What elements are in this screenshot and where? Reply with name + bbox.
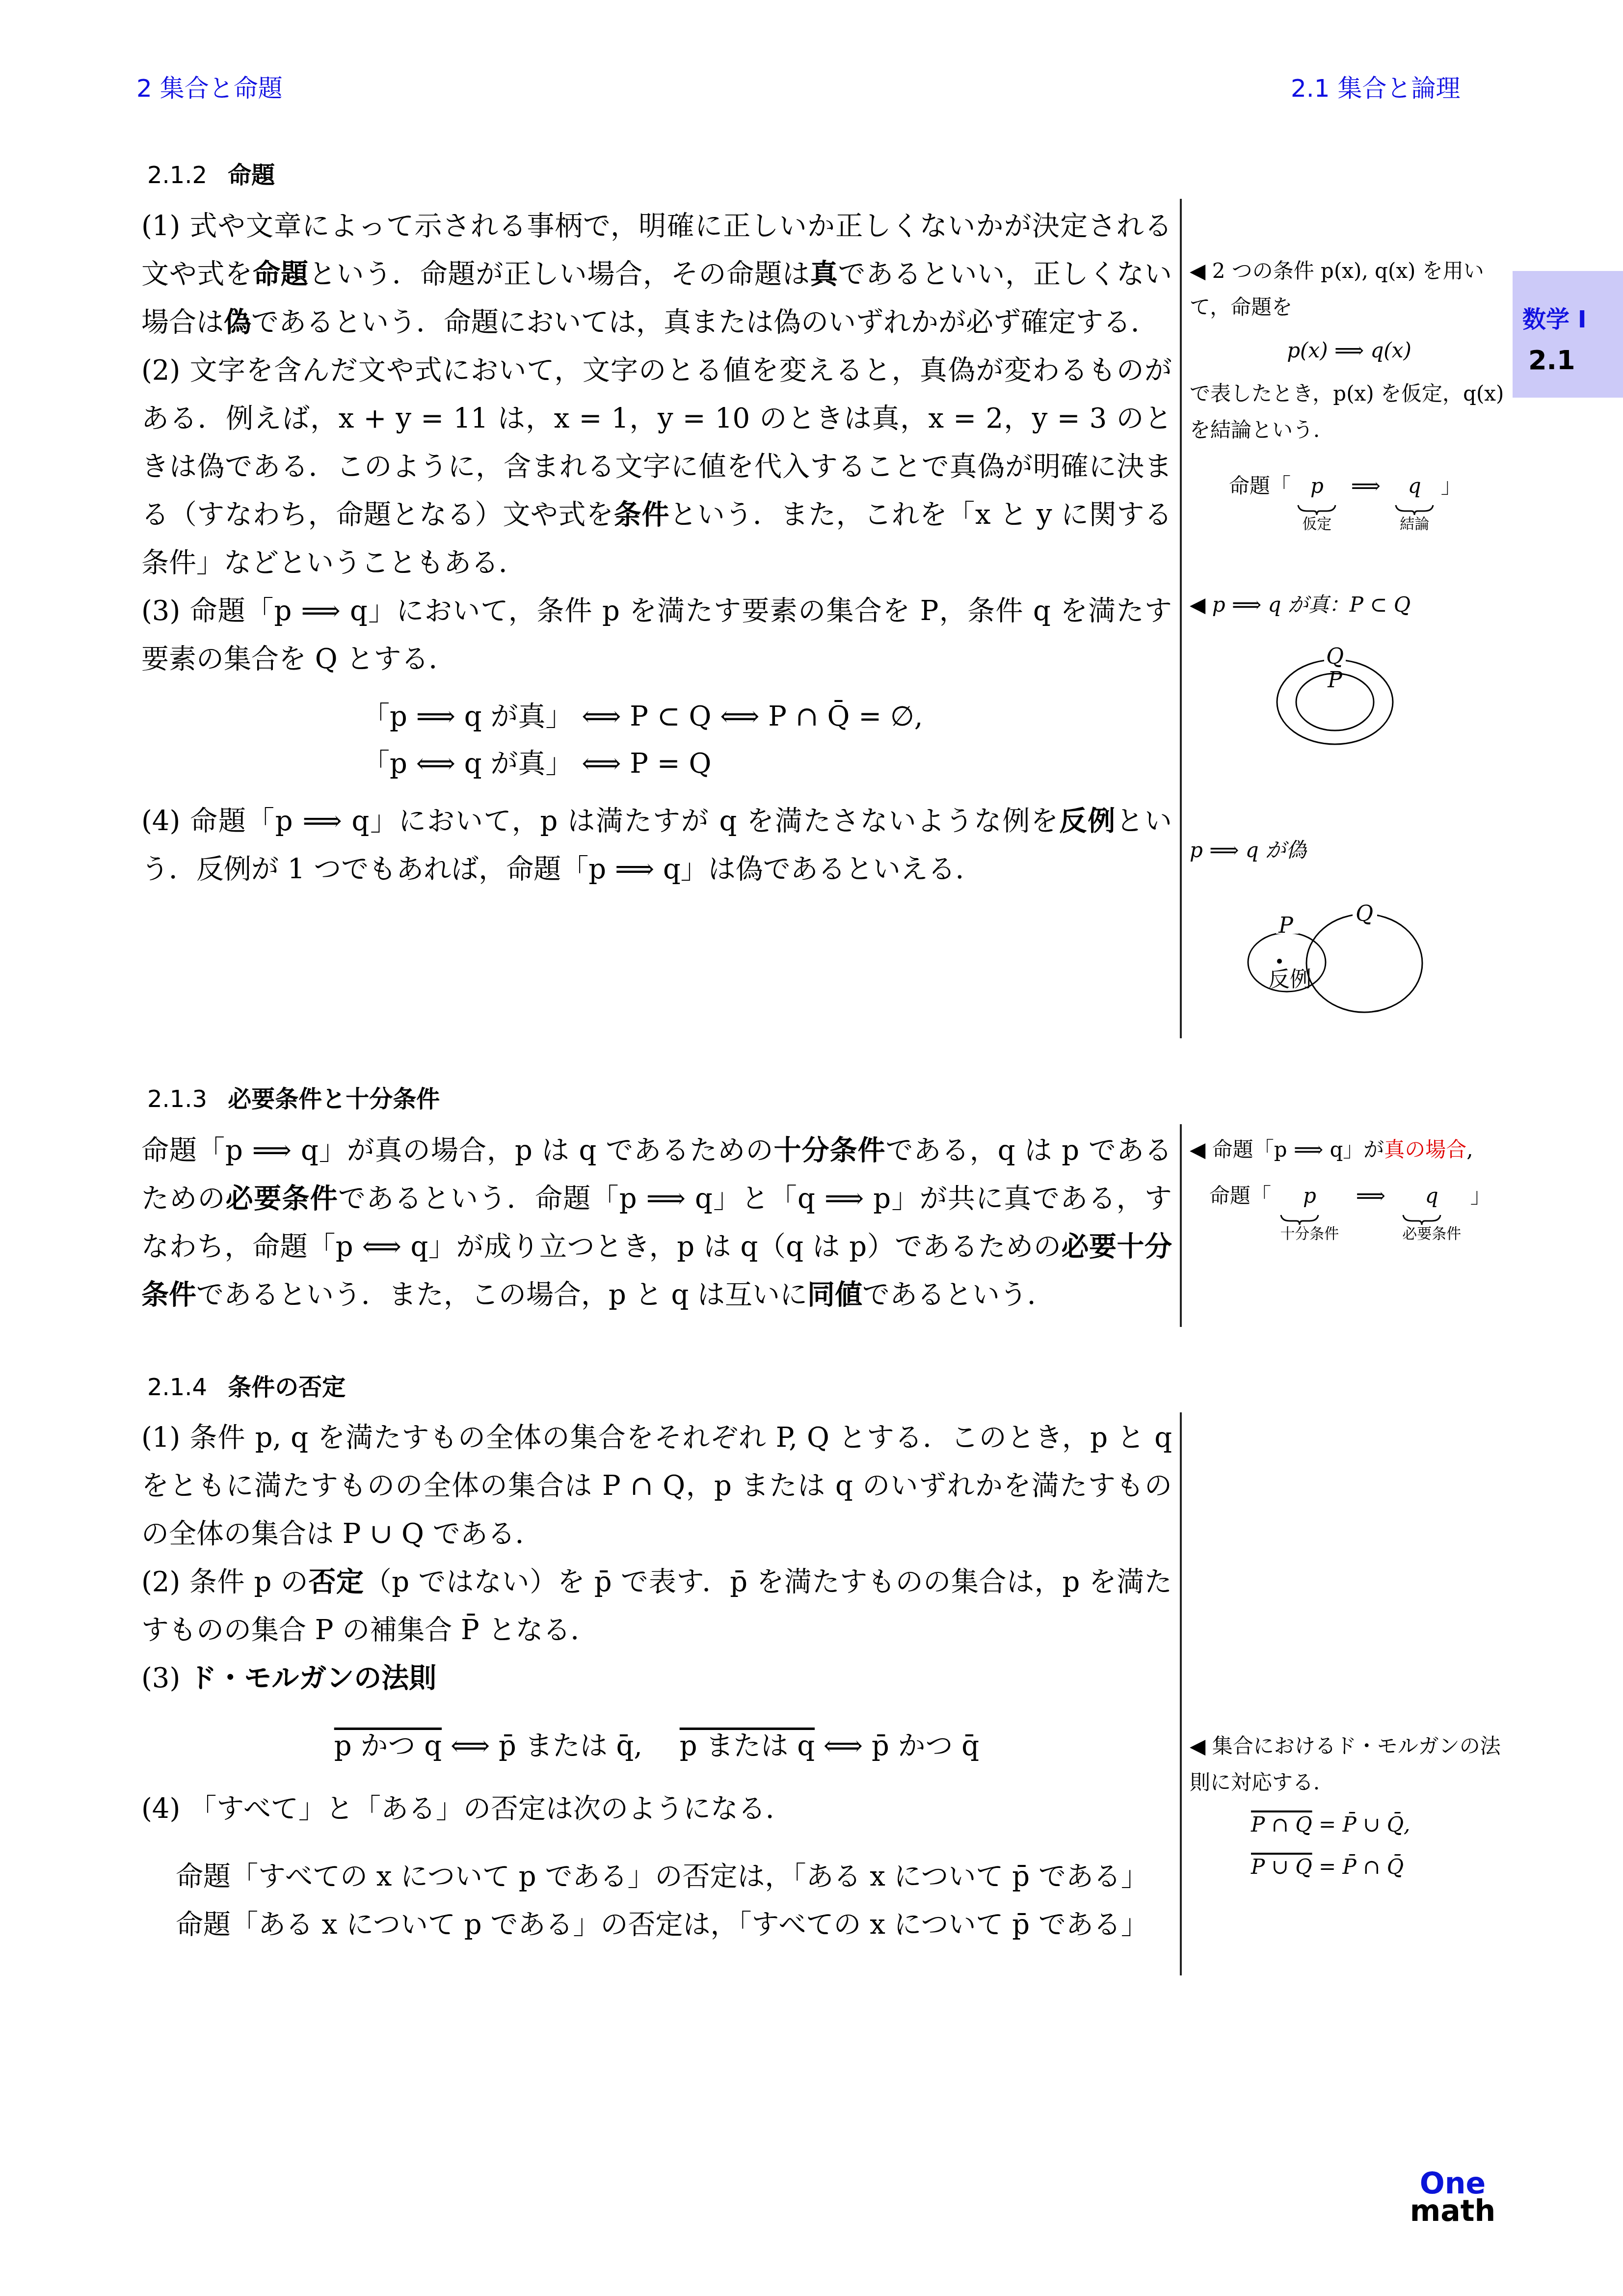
negation-exists: 命題「ある x について p である」の否定は，「すべての x について p̄ … bbox=[176, 1901, 1172, 1949]
margin-note-false: p ⟹ q が偽 bbox=[1190, 832, 1509, 868]
venn-diagram-counterexample: P Q 反例 bbox=[1227, 884, 1453, 1031]
venn-diagram-subset: Q P bbox=[1266, 638, 1404, 776]
set-demorgan-eq2: P ∪ Q = P̄ ∩ Q̄ bbox=[1251, 1846, 1509, 1888]
svg-text:P: P bbox=[1278, 913, 1294, 938]
onemath-logo: One math bbox=[1409, 2170, 1497, 2225]
side-chapter-tab: 数学 I 2.1 bbox=[1513, 271, 1623, 398]
margin-note-true-subset: ◀ p ⟹ q が真：P ⊂ Q bbox=[1190, 587, 1509, 623]
paragraph-negation: (2) 条件 p の否定（p ではない）を p̄ で表す．p̄ を満たすものの集… bbox=[141, 1558, 1172, 1654]
paragraph-necessary-sufficient: 命題「p ⟹ q」が真の場合，p は q であるための十分条件である，q は p… bbox=[141, 1127, 1172, 1319]
paragraph-3: (3) 命題「p ⟹ q」において，条件 p を満たす要素の集合を P，条件 q… bbox=[141, 587, 1172, 683]
equation-demorgan-logic: p かつ q ⟺ p̄ または q̄, p または q ⟺ p̄ かつ q̄ bbox=[141, 1722, 1172, 1770]
set-demorgan-eq1: P ∩ Q = P̄ ∪ Q̄, bbox=[1251, 1804, 1509, 1846]
margin-note-sufficient-necessary: ◀ 命題「p ⟹ q」が真の場合, 命題「 p十分条件 ⟹ q必要条件 」 bbox=[1190, 1132, 1523, 1243]
running-header-section: 2.1 集合と論理 bbox=[1291, 69, 1460, 104]
venn-label-P: P bbox=[1327, 668, 1343, 693]
sufficient-necessary-diagram: 命題「 p十分条件 ⟹ q必要条件 」 bbox=[1190, 1178, 1523, 1243]
section-2-1-2-body: (1) 式や文章によって示される事柄で，明確に正しいか正しくないかが決定される文… bbox=[141, 202, 1172, 893]
logo-one: One bbox=[1409, 2170, 1497, 2197]
highlight-true-case: 真の場合 bbox=[1384, 1137, 1466, 1162]
section-heading-2-1-3: 2.1.3必要条件と十分条件 bbox=[147, 1080, 440, 1114]
negation-forall: 命題「すべての x について p である」の否定は，「ある x について p̄ … bbox=[176, 1853, 1172, 1901]
paragraph-quantifier-negation: (4) 「すべて」と「ある」の否定は次のようになる． bbox=[141, 1785, 1172, 1833]
margin-divider bbox=[1180, 199, 1182, 1038]
margin-note-set-demorgan: ◀ 集合におけるド・モルガンの法則に対応する． P ∩ Q = P̄ ∪ Q̄,… bbox=[1190, 1728, 1509, 1888]
paragraph-4: (4) 命題「p ⟹ q」において，p は満たすが q を満たさないような例を反… bbox=[141, 797, 1172, 893]
svg-text:反例: 反例 bbox=[1268, 967, 1311, 992]
section-2-1-3-body: 命題「p ⟹ q」が真の場合，p は q であるための十分条件である，q は p… bbox=[141, 1127, 1172, 1319]
running-header-chapter: 2 集合と命題 bbox=[136, 69, 283, 104]
margin-divider bbox=[1180, 1412, 1182, 1975]
margin-divider bbox=[1180, 1124, 1182, 1327]
paragraph-1: (1) 式や文章によって示される事柄で，明確に正しいか正しくないかが決定される文… bbox=[141, 202, 1172, 347]
equation-implication-subset: 「p ⟹ q が真」 ⟺ P ⊂ Q ⟺ P ∩ Q̄ = ∅, bbox=[362, 693, 1172, 740]
section-heading-2-1-4: 2.1.4条件の否定 bbox=[147, 1368, 346, 1402]
paragraph-2: (2) 文字を含んだ文や式において，文字のとる値を変えると，真偽が変わるものがあ… bbox=[141, 347, 1172, 587]
side-tab-subject: 数学 I bbox=[1522, 300, 1587, 334]
hypothesis-conclusion-diagram: 命題「 p仮定 ⟹ q結論 」 bbox=[1190, 468, 1509, 533]
side-tab-section: 2.1 bbox=[1528, 345, 1575, 376]
svg-text:Q: Q bbox=[1356, 901, 1373, 926]
paragraph-sets: (1) 条件 p, q を満たすもの全体の集合をそれぞれ P, Q とする．この… bbox=[141, 1414, 1172, 1558]
section-2-1-4-body: (1) 条件 p, q を満たすもの全体の集合をそれぞれ P, Q とする．この… bbox=[141, 1414, 1172, 1949]
section-heading-2-1-2: 2.1.2命題 bbox=[147, 156, 275, 190]
paragraph-demorgan-heading: (3) ド・モルガンの法則 bbox=[141, 1654, 1172, 1702]
logo-math: math bbox=[1409, 2197, 1497, 2225]
equation-equivalence: 「p ⟺ q が真」 ⟺ P = Q bbox=[362, 740, 1172, 787]
venn-label-Q: Q bbox=[1326, 644, 1344, 669]
counterexample-point bbox=[1277, 959, 1282, 964]
margin-note-hypothesis-conclusion: ◀ 2 つの条件 p(x), q(x) を用いて，命題を p(x) ⟹ q(x)… bbox=[1190, 253, 1509, 533]
